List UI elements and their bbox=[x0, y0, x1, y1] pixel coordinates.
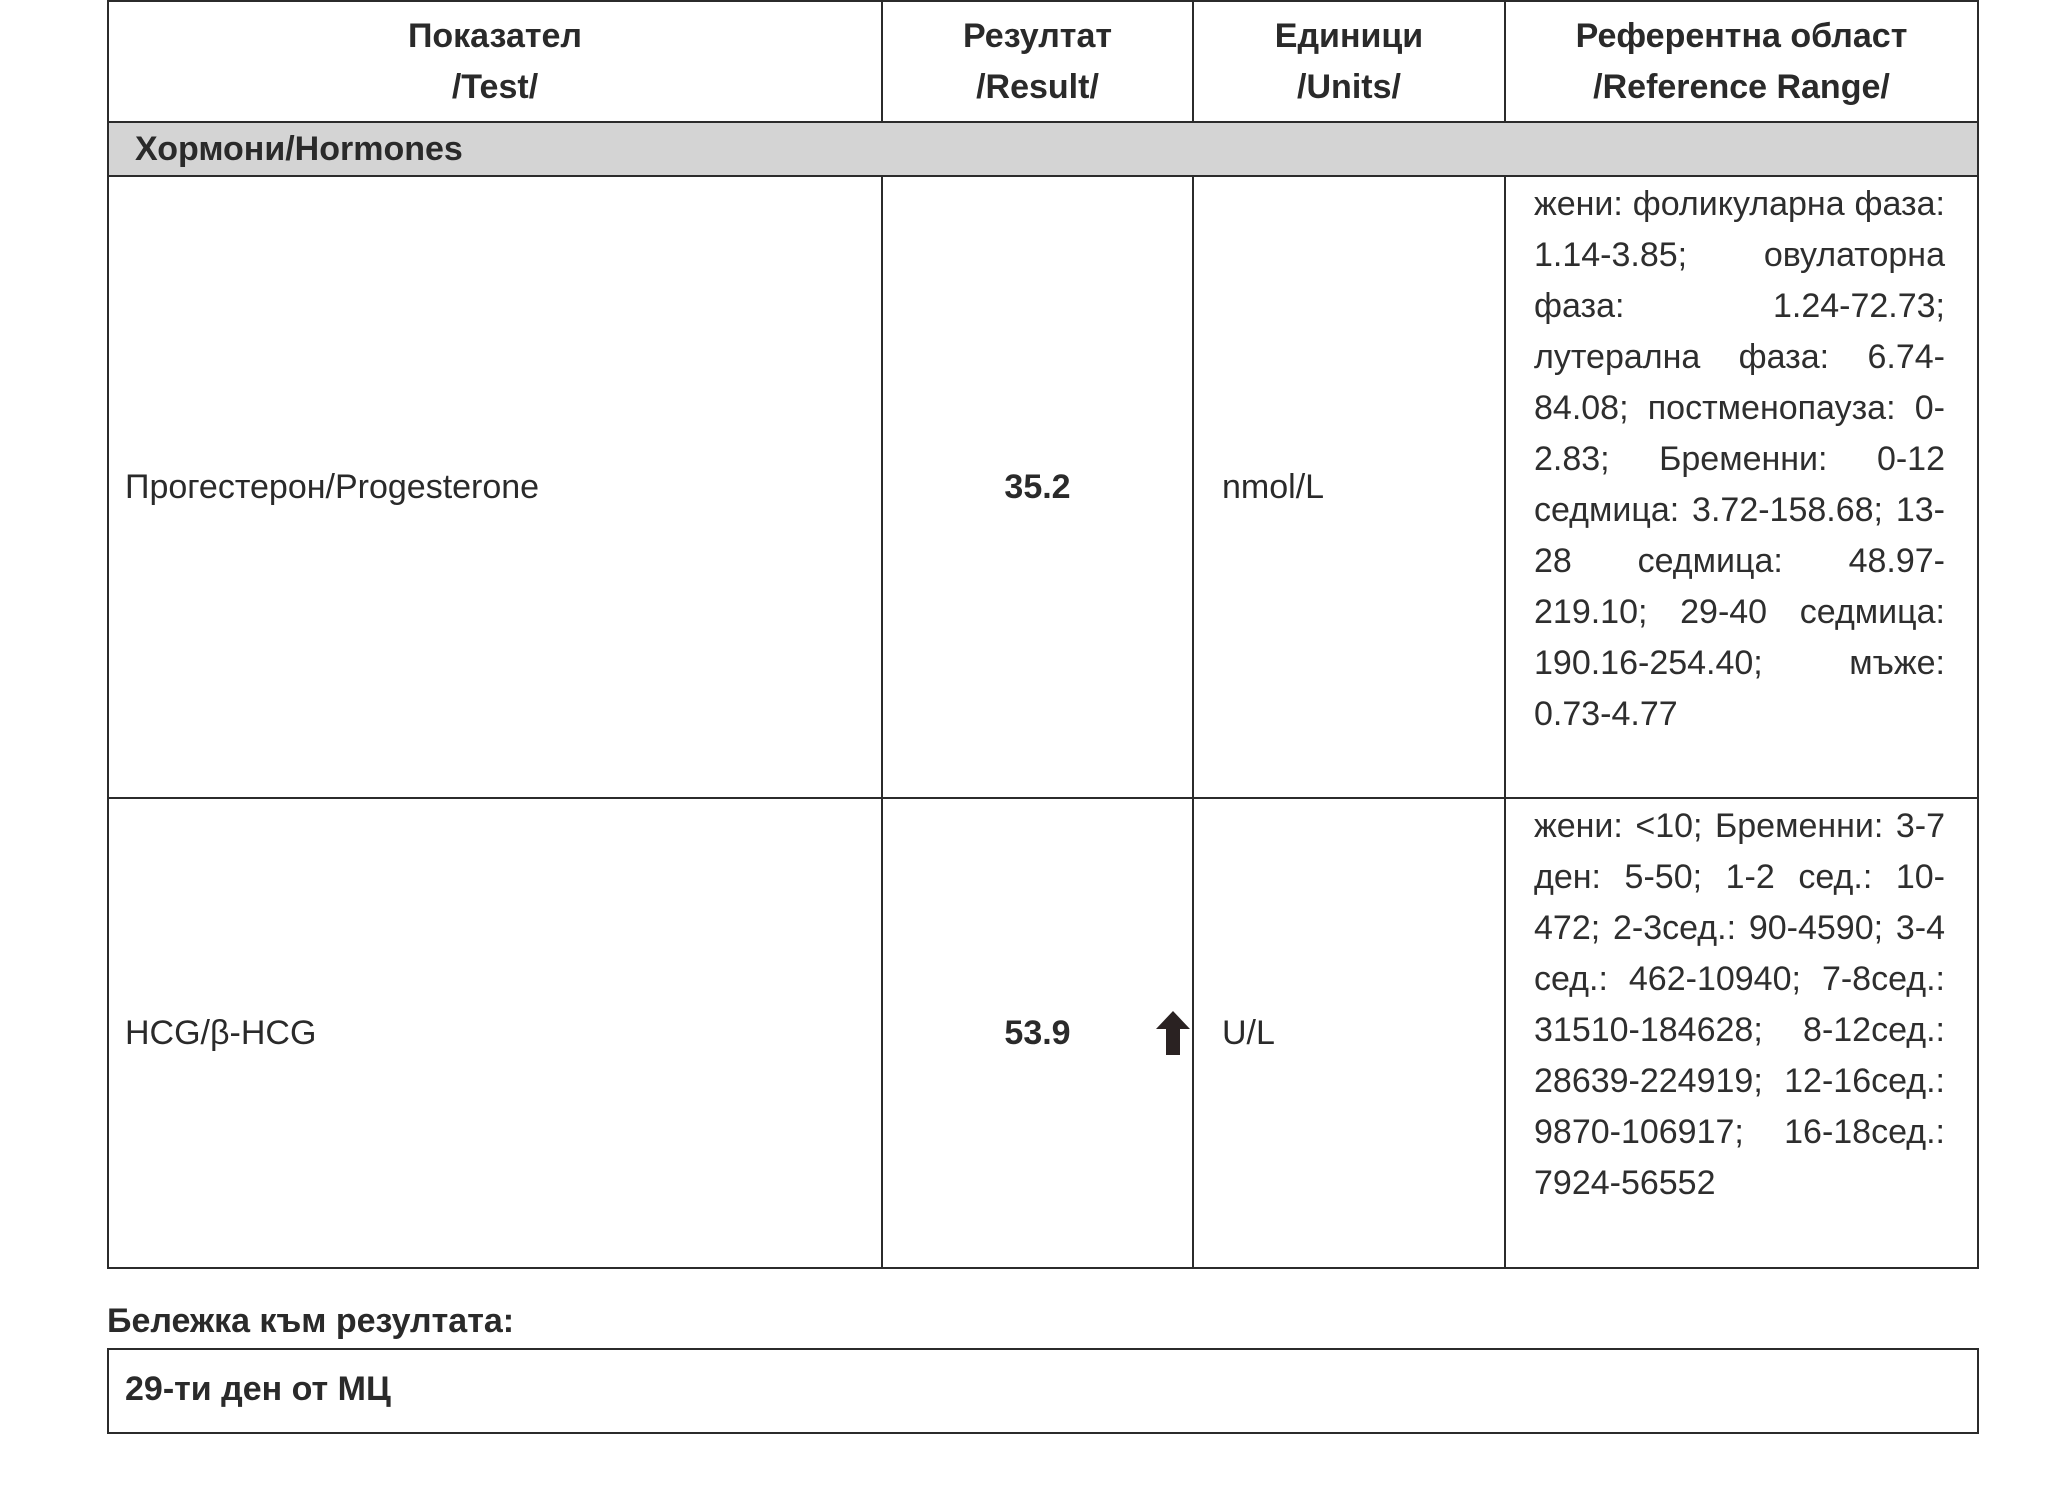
table-row: Прогестерон/Progesterone 35.2 nmol/L жен… bbox=[108, 176, 1978, 798]
header-reference-bg: Референтна област bbox=[1506, 11, 1977, 62]
reference-range: жени: фоликуларна фаза: 1.14-3.85; овула… bbox=[1505, 176, 1978, 798]
result-value: 53.9 bbox=[882, 798, 1193, 1268]
header-test: Показател /Test/ bbox=[108, 1, 882, 122]
table-header-row: Показател /Test/ Резултат /Result/ Едини… bbox=[108, 1, 1978, 122]
table-row: HCG/β-HCG 53.9 U/L жени: <10; Бременни: … bbox=[108, 798, 1978, 1268]
result-value-text: 35.2 bbox=[1004, 468, 1070, 506]
test-name: Прогестерон/Progesterone bbox=[108, 176, 882, 798]
note-box: 29-ти ден от МЦ bbox=[107, 1348, 1979, 1434]
header-test-bg: Показател bbox=[109, 11, 881, 62]
header-result-bg: Резултат bbox=[883, 11, 1192, 62]
header-units-bg: Единици bbox=[1194, 11, 1504, 62]
note-text: 29-ти ден от МЦ bbox=[125, 1370, 391, 1409]
reference-range: жени: <10; Бременни: 3-7 ден: 5-50; 1-2 … bbox=[1505, 798, 1978, 1268]
header-reference-en: /Reference Range/ bbox=[1506, 62, 1977, 113]
section-row: Хормони/Hormones bbox=[108, 122, 1978, 176]
header-result-en: /Result/ bbox=[883, 62, 1192, 113]
header-test-en: /Test/ bbox=[109, 62, 881, 113]
result-value: 35.2 bbox=[882, 176, 1193, 798]
header-units: Единици /Units/ bbox=[1193, 1, 1505, 122]
arrow-up-icon bbox=[1156, 1011, 1190, 1055]
section-title: Хормони/Hormones bbox=[108, 122, 1978, 176]
note-label: Бележка към резултата: bbox=[107, 1302, 514, 1341]
units: U/L bbox=[1193, 798, 1505, 1268]
lab-results-table: Показател /Test/ Резултат /Result/ Едини… bbox=[107, 0, 1979, 1269]
header-result: Резултат /Result/ bbox=[882, 1, 1193, 122]
header-reference: Референтна област /Reference Range/ bbox=[1505, 1, 1978, 122]
header-units-en: /Units/ bbox=[1194, 62, 1504, 113]
test-name: HCG/β-HCG bbox=[108, 798, 882, 1268]
result-value-text: 53.9 bbox=[1004, 1014, 1070, 1052]
units: nmol/L bbox=[1193, 176, 1505, 798]
